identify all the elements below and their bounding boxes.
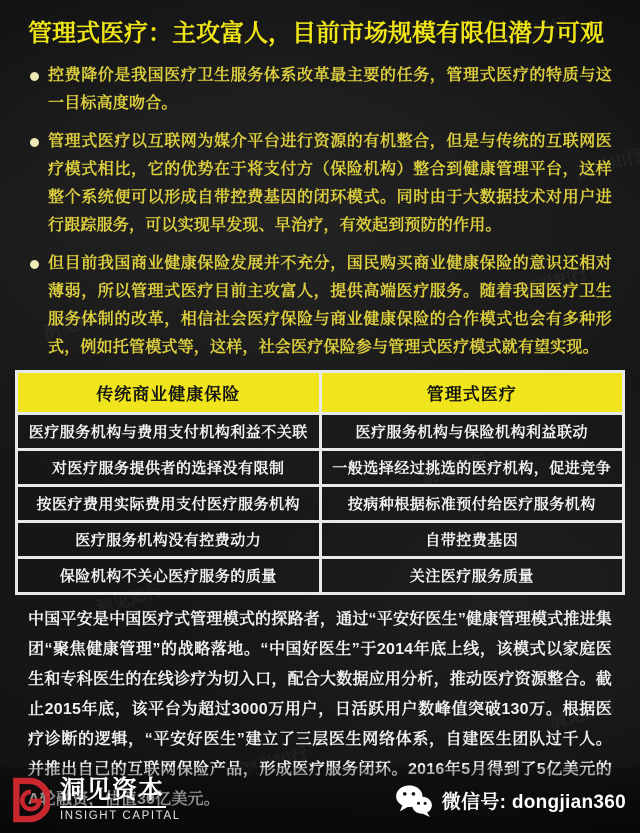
table-cell: 关注医疗服务质量 — [320, 558, 624, 594]
bullet-text: 管理式医疗以互联网为媒介平台进行资源的有机整合，但是与传统的互联网医疗模式相比，… — [48, 133, 612, 234]
bullet-text: 控费降价是我国医疗卫生服务体系改革最主要的任务，管理式医疗的特质与这一目标高度吻… — [48, 67, 612, 112]
brand-name: 洞见资本 — [60, 777, 181, 803]
bullet-list: 控费降价是我国医疗卫生服务体系改革最主要的任务，管理式医疗的特质与这一目标高度吻… — [28, 62, 612, 362]
insight-capital-d-logo-icon — [10, 776, 50, 824]
bullet-dot-icon — [30, 72, 39, 81]
table-row: 保险机构不关心医疗服务的质量 关注医疗服务质量 — [17, 558, 624, 594]
table-cell: 医疗服务机构与费用支付机构利益不关联 — [17, 414, 321, 450]
table-row: 对医疗服务提供者的选择没有限制 一般选择经过挑选的医疗机构，促进竞争 — [17, 450, 624, 486]
table-cell: 自带控费基因 — [320, 522, 624, 558]
table-cell: 保险机构不关心医疗服务的质量 — [17, 558, 321, 594]
wechat-id: 微信号: dongjian360 — [442, 787, 626, 814]
footer-bar: 洞见资本 INSIGHT CAPITAL 微信号: dongjian360 — [0, 767, 640, 833]
table-cell: 一般选择经过挑选的医疗机构，促进竞争 — [320, 450, 624, 486]
wechat-contact: 微信号: dongjian360 — [395, 784, 626, 817]
table-cell: 对医疗服务提供者的选择没有限制 — [17, 450, 321, 486]
bullet-dot-icon — [30, 138, 39, 147]
brand-logo: 洞见资本 INSIGHT CAPITAL — [10, 776, 181, 824]
table-cell: 按医疗费用实际费用支付医疗服务机构 — [17, 486, 321, 522]
brand-divider — [60, 806, 166, 808]
bullet-item: 管理式医疗以互联网为媒介平台进行资源的有机整合，但是与传统的互联网医疗模式相比，… — [28, 128, 612, 240]
bullet-item: 控费降价是我国医疗卫生服务体系改革最主要的任务，管理式医疗的特质与这一目标高度吻… — [28, 62, 612, 118]
wechat-icon — [395, 784, 433, 817]
bullet-item: 但目前我国商业健康保险发展并不充分，国民购买商业健康保险的意识还相对薄弱，所以管… — [28, 250, 612, 362]
table-header-row: 传统商业健康保险 管理式医疗 — [17, 372, 624, 414]
page-title: 管理式医疗：主攻富人，目前市场规模有限但潜力可观 — [28, 18, 612, 50]
table-header-managed-care: 管理式医疗 — [320, 372, 624, 414]
table-row: 医疗服务机构没有控费动力 自带控费基因 — [17, 522, 624, 558]
comparison-table: 传统商业健康保险 管理式医疗 医疗服务机构与费用支付机构利益不关联 医疗服务机构… — [15, 370, 625, 595]
table-row: 按医疗费用实际费用支付医疗服务机构 按病种根据标准预付给医疗服务机构 — [17, 486, 624, 522]
table-row: 医疗服务机构与费用支付机构利益不关联 医疗服务机构与保险机构利益联动 — [17, 414, 624, 450]
bullet-text: 但目前我国商业健康保险发展并不充分，国民购买商业健康保险的意识还相对薄弱，所以管… — [48, 255, 612, 356]
table-cell: 医疗服务机构与保险机构利益联动 — [320, 414, 624, 450]
bullet-dot-icon — [30, 260, 39, 269]
infographic-page: 洞见知行 洞见知行 洞见知行 洞见知行 洞见知行 洞见知行 洞见知行 洞见知行 … — [0, 0, 640, 833]
table-header-traditional-insurance: 传统商业健康保险 — [17, 372, 321, 414]
brand-subtitle: INSIGHT CAPITAL — [60, 811, 181, 823]
table-cell: 按病种根据标准预付给医疗服务机构 — [320, 486, 624, 522]
table-cell: 医疗服务机构没有控费动力 — [17, 522, 321, 558]
